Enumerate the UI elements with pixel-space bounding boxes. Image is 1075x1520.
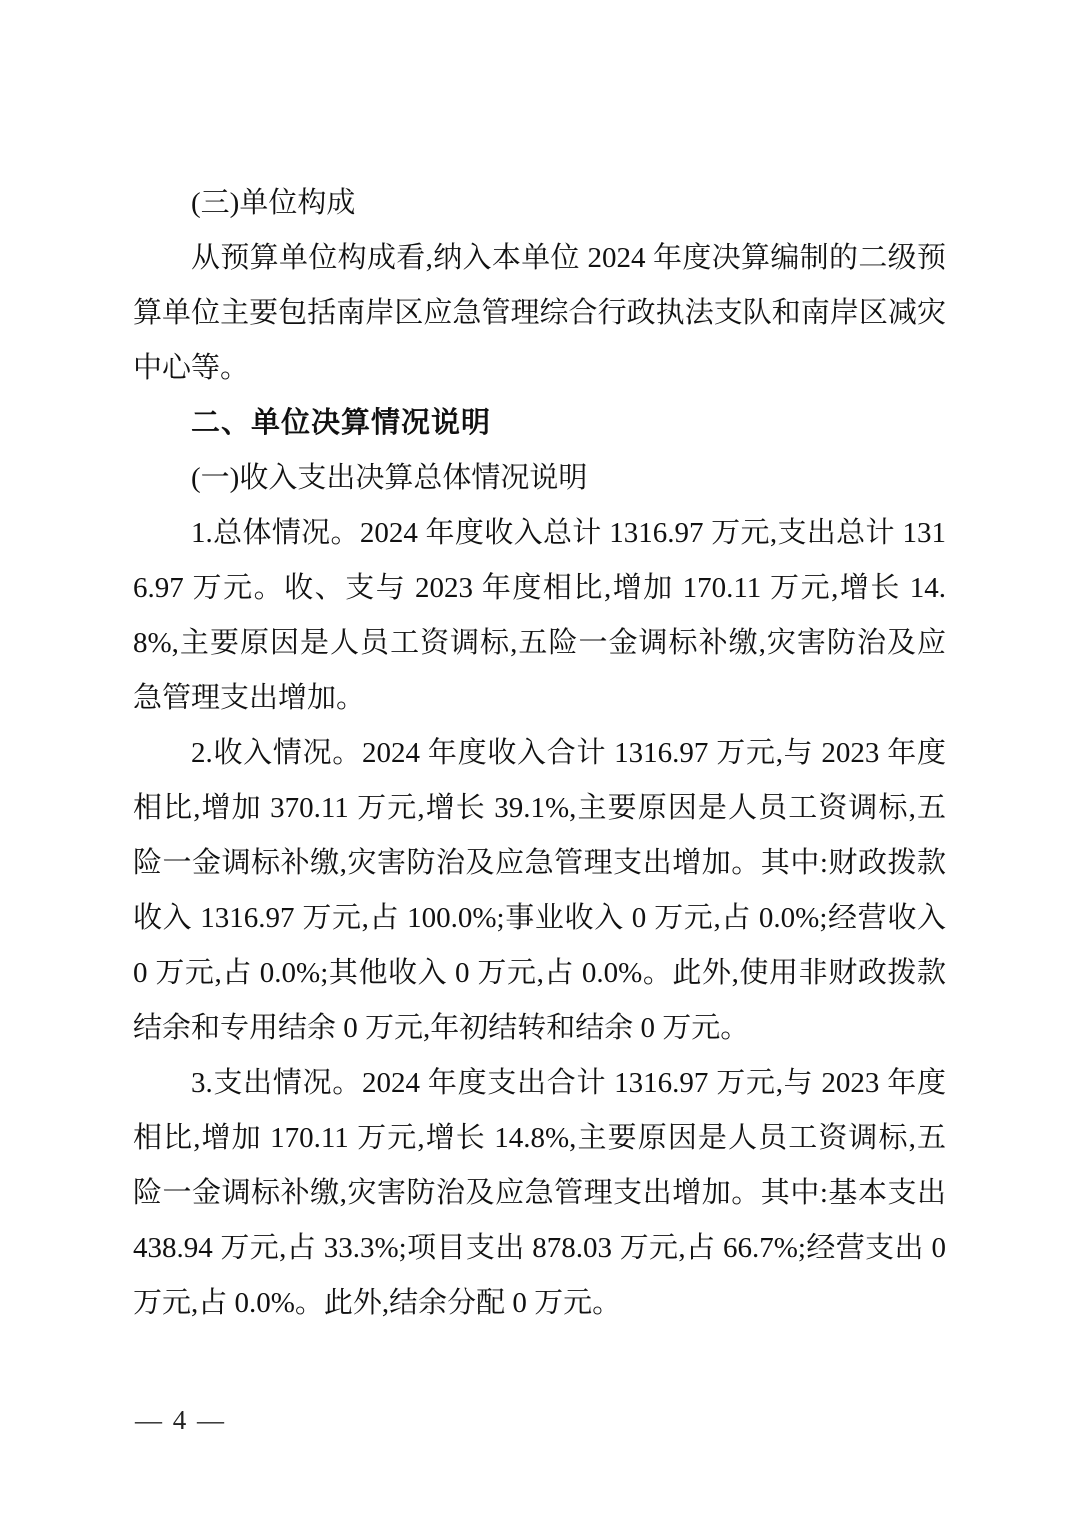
document-body: (三)单位构成 从预算单位构成看,纳入本单位 2024 年度决算编制的二级预算单…	[133, 176, 946, 1331]
paragraph-overall-situation: 1.总体情况。2024 年度收入总计 1316.97 万元,支出总计 1316.…	[133, 506, 946, 726]
paragraph-expenditure-situation: 3.支出情况。2024 年度支出合计 1316.97 万元,与 2023 年度相…	[133, 1056, 946, 1331]
paragraph-income-situation: 2.收入情况。2024 年度收入合计 1316.97 万元,与 2023 年度相…	[133, 726, 946, 1056]
section-heading-final-accounts-explanation: 二、单位决算情况说明	[133, 396, 946, 451]
subsection-heading-income-expenditure-overview: (一)收入支出决算总体情况说明	[133, 451, 946, 506]
document-page: (三)单位构成 从预算单位构成看,纳入本单位 2024 年度决算编制的二级预算单…	[0, 0, 1075, 1520]
section-heading-unit-composition: (三)单位构成	[133, 176, 946, 231]
page-number: — 4 —	[135, 1405, 226, 1436]
paragraph-unit-composition: 从预算单位构成看,纳入本单位 2024 年度决算编制的二级预算单位主要包括南岸区…	[133, 231, 946, 396]
